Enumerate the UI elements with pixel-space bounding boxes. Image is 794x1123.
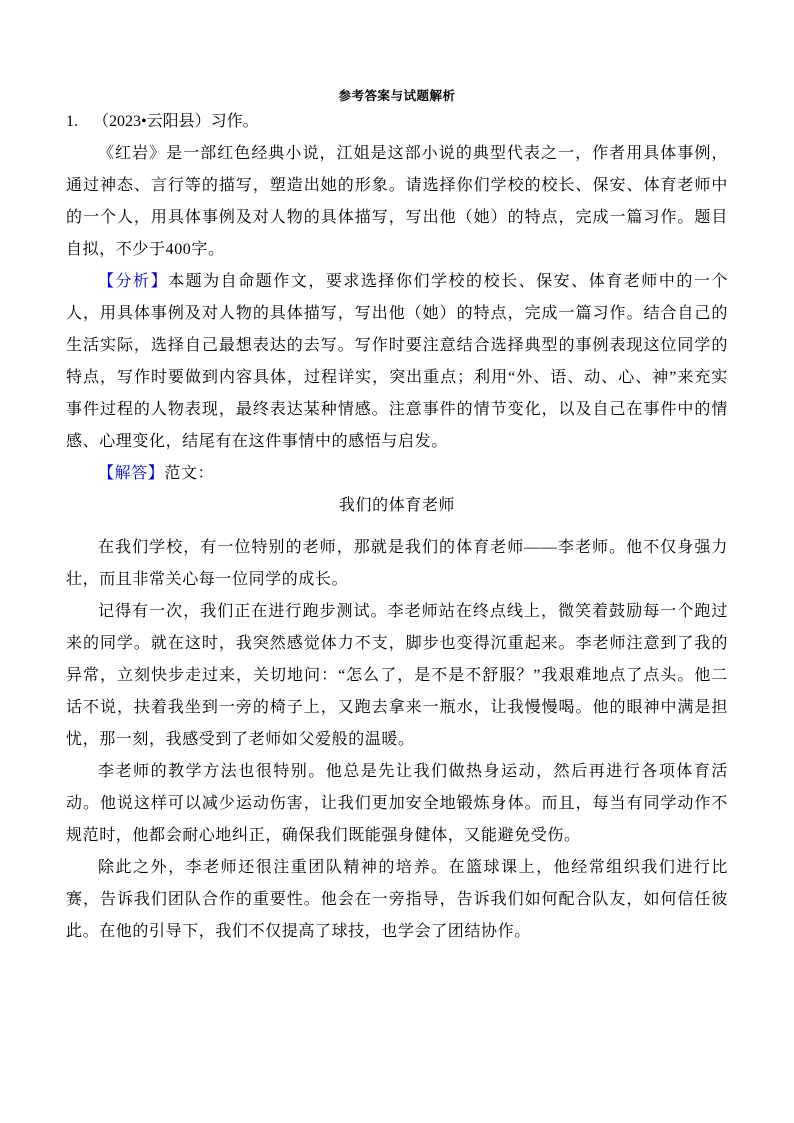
question-prompt: 《红岩》是一部红色经典小说，江姐是这部小说的典型代表之一，作者用具体事例，通过神… <box>66 138 728 266</box>
essay-paragraph: 除此之外，李老师还很注重团队精神的培养。在篮球课上，他经常组织我们进行比赛，告诉… <box>66 852 728 948</box>
answer-heading: 【解答】范文： <box>66 458 728 490</box>
question-source: （2023•云阳县）习作。 <box>93 113 259 130</box>
essay-paragraph: 李老师的教学方法也很特别。他总是先让我们做热身运动，然后再进行各项体育活动。他说… <box>66 756 728 852</box>
analysis-text: 本题为自命题作文，要求选择你们学校的校长、保安、体育老师中的一个人，用具体事例及… <box>66 273 728 450</box>
analysis-label: 【分析】 <box>98 273 168 290</box>
essay-paragraph: 记得有一次，我们正在进行跑步测试。李老师站在终点线上，微笑着鼓励每一个跑过来的同… <box>66 596 728 756</box>
document-page: 参考答案与试题解析 1.（2023•云阳县）习作。 《红岩》是一部红色经典小说，… <box>0 0 794 1123</box>
analysis-paragraph: 【分析】本题为自命题作文，要求选择你们学校的校长、保安、体育老师中的一个人，用具… <box>66 266 728 458</box>
answer-label: 【解答】 <box>98 465 164 482</box>
essay-title-spacer <box>66 522 728 532</box>
question-heading: 1.（2023•云阳县）习作。 <box>66 106 728 138</box>
question-number: 1. <box>66 106 78 138</box>
page-title: 参考答案与试题解析 <box>66 86 728 106</box>
essay-paragraph: 在我们学校，有一位特别的老师，那就是我们的体育老师——李老师。他不仅身强力壮，而… <box>66 532 728 596</box>
answer-intro: 范文： <box>164 465 214 482</box>
essay-title: 我们的体育老师 <box>66 490 728 522</box>
